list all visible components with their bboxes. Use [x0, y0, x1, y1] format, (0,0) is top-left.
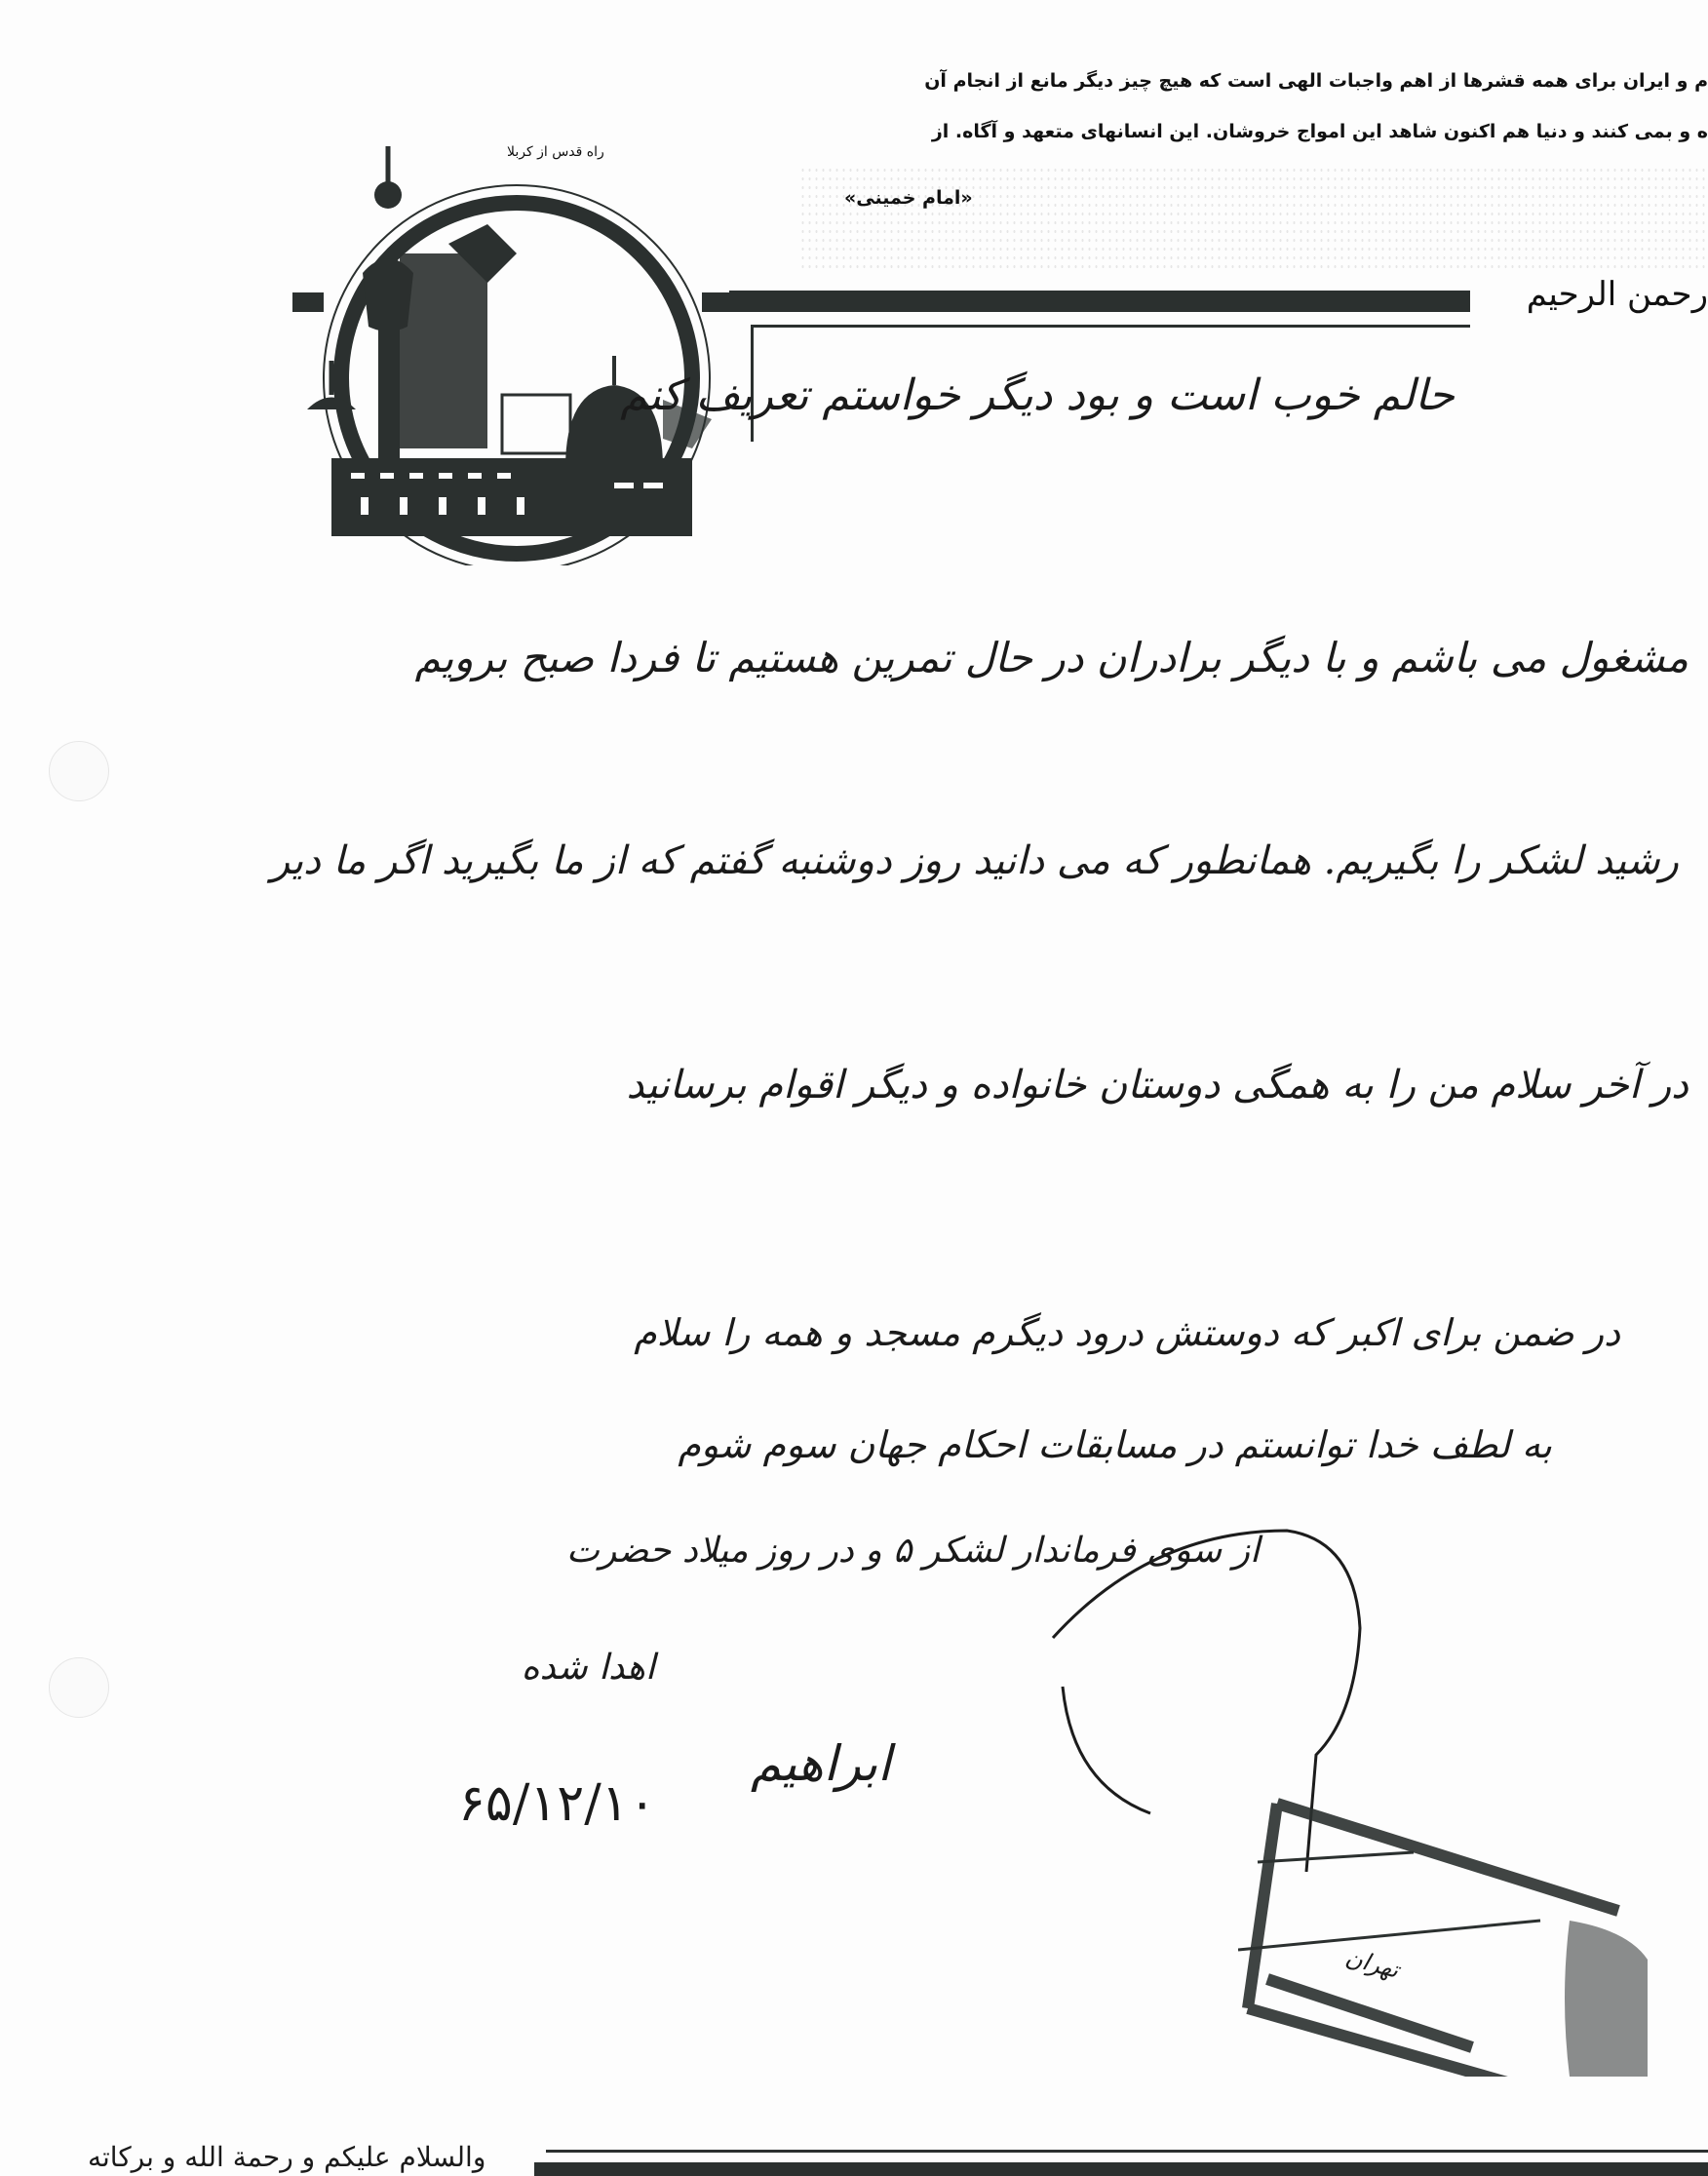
- letter-date: ۶۵/۱۲/۱۰: [458, 1774, 656, 1833]
- letter-line-8: اهدا شده: [522, 1648, 655, 1688]
- signature-name: ابراهیم: [751, 1735, 891, 1792]
- letter-line-5: در ضمن برای اکبر که دوستش درود دیگرم مسج…: [634, 1311, 1620, 1354]
- punch-hole-bottom: [49, 1657, 109, 1718]
- basmala: رحمن الرحیم: [1527, 275, 1708, 314]
- header-bar-thick: [729, 291, 1470, 312]
- scan-noise: [799, 166, 1708, 273]
- punch-hole-top: [49, 741, 109, 801]
- letter-line-6: به لطف خدا توانستم در مسابقات احکام جهان…: [678, 1423, 1552, 1466]
- shrine-emblem-icon: [292, 146, 741, 565]
- footer-bar-thick: [534, 2162, 1708, 2176]
- letter-line-3: رشید لشکر را بگیریم. همانطور که می دانید…: [271, 838, 1679, 883]
- footer-bar-thin: [546, 2150, 1708, 2153]
- header-quote-line-1: م و ایران برای همه قشرها از اهم واجبات ا…: [924, 70, 1708, 92]
- emblem-caption: راه قدس از کربلا: [507, 144, 604, 160]
- letter-line-1: حالم خوب است و بود دیگر خواستم تعریف کنم: [620, 370, 1455, 420]
- official-stamp-icon: [1238, 1784, 1648, 2077]
- header-bar-thin: [751, 325, 1470, 328]
- letter-line-4: در آخر سلام من را به همگی دوستان خانواده…: [627, 1063, 1689, 1107]
- header-quote-line-2: ه و بمی کنند و دنیا هم اکنون شاهد این ام…: [932, 121, 1708, 142]
- closing-salutation: والسلام علیکم و رحمة الله و برکاته: [88, 2141, 485, 2173]
- letter-line-2: مشغول می باشم و با دیگر برادران در حال ت…: [415, 634, 1689, 681]
- header-quote-attribution: «امام خمینی»: [844, 187, 973, 209]
